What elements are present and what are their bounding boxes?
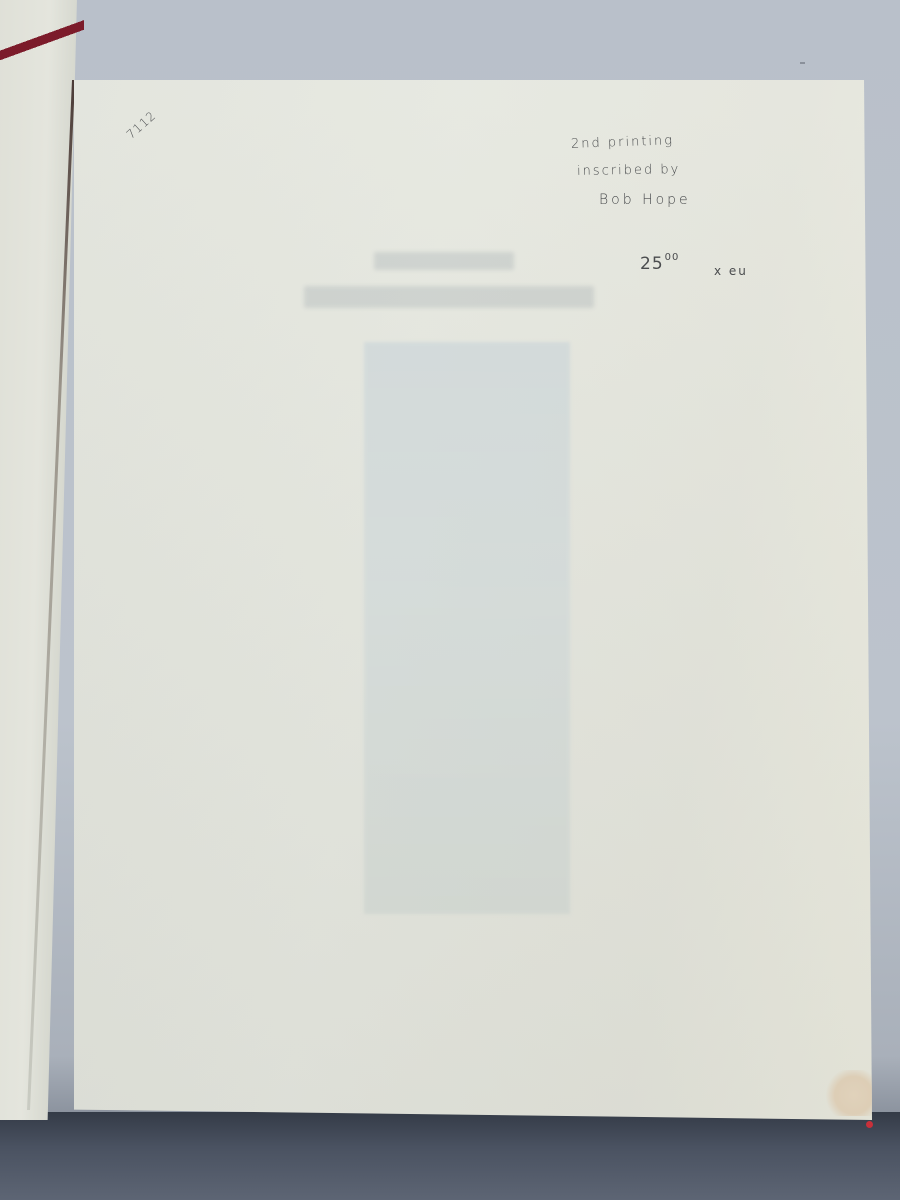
endpaper-page: 7112 2nd printing inscribed by Bob Hope … bbox=[74, 80, 872, 1120]
note-signer: Bob Hope bbox=[599, 192, 691, 208]
background-speck bbox=[800, 62, 805, 64]
price-code: x eu bbox=[714, 264, 748, 278]
price-cents: 00 bbox=[665, 252, 680, 263]
pencil-price: 2500 bbox=[640, 252, 679, 274]
note-inscribed: inscribed by bbox=[577, 162, 681, 179]
photo-scene: 7112 2nd printing inscribed by Bob Hope … bbox=[0, 0, 900, 1200]
red-cover-corner bbox=[866, 1121, 873, 1128]
foxing-stain bbox=[826, 1070, 872, 1116]
bleed-through-title bbox=[304, 248, 604, 318]
bleed-through-illustration bbox=[364, 342, 570, 914]
red-cover-edge bbox=[0, 0, 84, 90]
price-amount: 25 bbox=[640, 254, 664, 274]
table-surface bbox=[0, 1112, 900, 1200]
left-page bbox=[0, 0, 78, 1120]
